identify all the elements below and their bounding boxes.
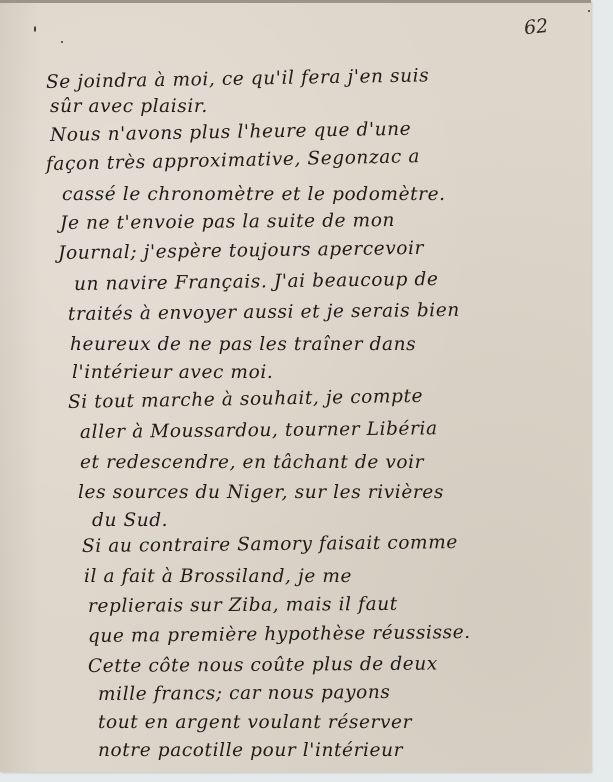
- ink-mark: [588, 10, 590, 12]
- text-line: Si au contraire Samory faisait comme: [82, 532, 458, 557]
- text-line: cassé le chronomètre et le podomètre.: [62, 184, 446, 205]
- text-line: Cette côte nous coûte plus de deux: [88, 654, 438, 677]
- text-line: Nous n'avons plus l'heure que d'une: [50, 119, 412, 146]
- text-line: l'intérieur avec moi.: [72, 362, 273, 383]
- text-line: Si tout marche à souhait, je compte: [68, 386, 423, 413]
- text-line: notre pacotille pour l'intérieur: [98, 740, 403, 761]
- text-line: sûr avec plaisir.: [50, 96, 208, 117]
- text-line: heureux de ne pas les traîner dans: [70, 334, 416, 355]
- text-line: un navire Français. J'ai beaucoup de: [74, 269, 439, 295]
- text-line: les sources du Niger, sur les rivières: [78, 482, 444, 503]
- page-number: 62: [523, 15, 549, 39]
- text-line: que ma première hypothèse réussisse.: [88, 622, 471, 647]
- text-line: Je ne t'envoie pas la suite de mon: [60, 210, 395, 234]
- page-top-edge: [0, 0, 591, 3]
- text-line: aller à Moussardou, tourner Libéria: [80, 418, 438, 443]
- text-line: il a fait à Brossiland, je me: [84, 566, 352, 587]
- text-line: mille francs; car nous payons: [98, 682, 391, 705]
- text-line: Se joindra à moi, ce qu'il fera j'en sui…: [46, 65, 430, 93]
- text-line: du Sud.: [92, 510, 168, 531]
- ink-mark: [61, 41, 63, 43]
- manuscript-page: 62 Se joindra à moi, ce qu'il fera j'en …: [0, 0, 591, 772]
- ink-mark: [34, 26, 36, 32]
- text-line: Journal; j'espère toujours apercevoir: [58, 238, 424, 264]
- text-line: replierais sur Ziba, mais il faut: [88, 594, 398, 617]
- text-line: traités à envoyer aussi et je serais bie…: [68, 300, 460, 325]
- text-line: façon très approximative, Segonzac a: [46, 146, 420, 175]
- text-line: et redescendre, en tâchant de voir: [80, 452, 424, 473]
- text-line: tout en argent voulant réserver: [98, 712, 412, 733]
